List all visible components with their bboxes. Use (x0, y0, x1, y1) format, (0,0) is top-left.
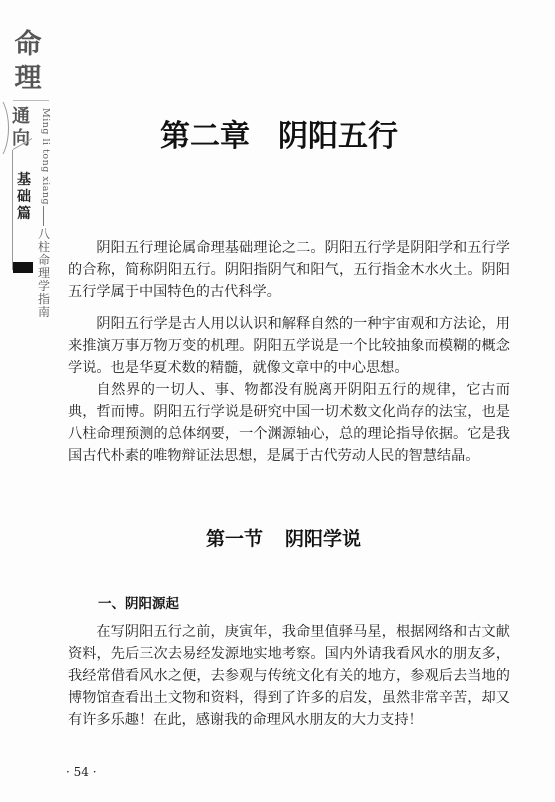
section-title: 第一节阴阳学说 (206, 524, 361, 551)
series-subtitle-char: 通 (12, 106, 34, 128)
volume-char: 篇 (17, 206, 35, 223)
body-paragraph: 阴阳五行学是古人用以认识和解释自然的一种宇宙观和方法论，用来推演万事万物万变的机… (68, 313, 510, 379)
volume-char: 础 (17, 189, 35, 206)
body-paragraph: 阴阳五行理论属命理基础理论之二。阴阳五行学是阴阳学和五行学的合称，简称阴阳五行。… (68, 237, 510, 303)
volume-label: 基 础 篇 (17, 172, 35, 223)
volume-char: 基 (17, 172, 35, 189)
section-name: 阴阳学说 (285, 528, 361, 550)
section-number: 第一节 (206, 528, 263, 550)
series-title-vertical: 命 理 (11, 28, 45, 96)
page-number: · 54 · (66, 765, 97, 779)
body-paragraph: 在写阴阳五行之前，庚寅年，我命里值驿马星，根据网络和古文献资料，先后三次去易经发… (68, 621, 510, 731)
margin-vertical-rule (12, 150, 13, 270)
book-subtitle-vertical: 八 柱 命 理 学 指 南 (36, 228, 52, 319)
body-paragraph: 自然界的一切人、事、物都没有脱离开阴阳五行的规律，它古而典，哲而博。阴阳五行学说… (68, 379, 510, 467)
pinyin-subtitle: Ming li tong xiang (37, 108, 51, 208)
black-marker-block (13, 262, 33, 273)
decorative-arc-icon (0, 96, 9, 160)
series-title-char: 命 (11, 28, 45, 62)
book-page: 命 理 通 向 基 础 篇 Ming li tong xiang 八 柱 命 理… (0, 0, 555, 802)
series-title-char: 理 (11, 62, 45, 96)
margin-divider (13, 100, 49, 101)
subtitle-dash (43, 206, 44, 226)
chapter-number: 第二章 (160, 119, 250, 154)
subtitle-char: 南 (36, 306, 52, 319)
chapter-title: 第二章阴阳五行 (160, 111, 460, 155)
subsection-heading: 一、阴阳源起 (98, 592, 179, 612)
chapter-name: 阴阳五行 (278, 119, 398, 154)
